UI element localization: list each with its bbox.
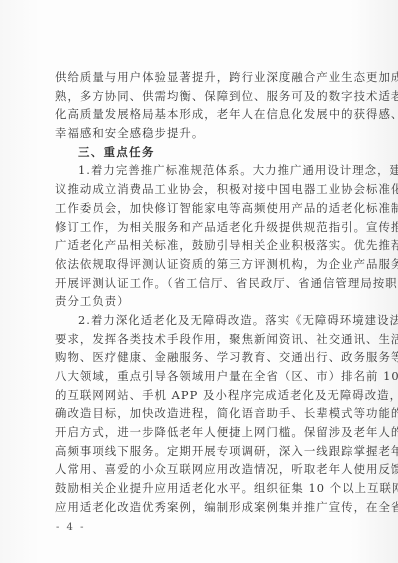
text-line: 议推动成立消费品工业协会，积极对接中国电器工业协会标准化 <box>55 180 345 199</box>
text-line: 的互联网网站、手机 APP 及小程序完成适老化及无障碍改造，明 <box>55 386 345 405</box>
text-line: 供给质量与用户体验显著提升，跨行业深度融合产业生态更加成 <box>55 68 345 87</box>
text-line: 确改造目标，加快改造进程，简化语音助手、长辈模式等功能的 <box>55 404 345 423</box>
text-line: 依法依规取得评测认证资质的第三方评测机构，为企业产品服务 <box>55 255 345 274</box>
document-body: 供给质量与用户体验显著提升，跨行业深度融合产业生态更加成 熟，多方协同、供需均衡… <box>55 68 345 517</box>
text-line: 熟，多方协同、供需均衡、保障到位、服务可及的数字技术适老 <box>55 87 345 106</box>
text-line: 要求，发挥各类技术手段作用，聚焦新闻资讯、社交通讯、生活 <box>55 330 345 349</box>
document-page: 供给质量与用户体验显著提升，跨行业深度融合产业生态更加成 熟，多方协同、供需均衡… <box>0 0 398 563</box>
text-line: 购物、医疗健康、金融服务、学习教育、交通出行、政务服务等 <box>55 348 345 367</box>
paragraph-start: 2.着力深化适老化及无障碍改造。落实《无障碍环境建设法》 <box>55 311 345 330</box>
text-line: 人常用、喜爱的小众互联网应用改造情况，听取老年人使用反馈， <box>55 460 345 479</box>
text-line: 高频事项线下服务。定期开展专项调研，深入一线跟踪掌握老年 <box>55 442 345 461</box>
text-line: 广适老化产品相关标准，鼓励引导相关企业积极落实。优先推荐 <box>55 236 345 255</box>
text-line: 修订工作，为相关服务和产品适老化升级提供规范指引。宣传推 <box>55 218 345 237</box>
text-line: 幸福感和安全感稳步提升。 <box>55 124 345 143</box>
text-line: 开展评测认证工作。（省工信厅、省民政厅、省通信管理局按职 <box>55 274 345 293</box>
text-line: 责分工负责） <box>55 292 345 311</box>
text-line: 八大领域，重点引导各领域用户量在全省（区、市）排名前 10 <box>55 367 345 386</box>
text-line: 应用适老化改造优秀案例，编制形成案例集并推广宣传，在全省 <box>55 498 345 517</box>
text-line: 工作委员会，加快修订智能家电等高频使用产品的适老化标准制 <box>55 199 345 218</box>
paragraph-start: 1.着力完善推广标准规范体系。大力推广通用设计理念，建 <box>55 161 345 180</box>
text-line: 化高质量发展格局基本形成，老年人在信息化发展中的获得感、 <box>55 105 345 124</box>
section-heading: 三、重点任务 <box>55 143 345 162</box>
text-line: 鼓励相关企业提升应用适老化水平。组织征集 10 个以上互联网 <box>55 479 345 498</box>
page-number: - 4 - <box>56 522 85 533</box>
text-line: 开启方式，进一步降低老年人便捷上网门槛。保留涉及老年人的 <box>55 423 345 442</box>
